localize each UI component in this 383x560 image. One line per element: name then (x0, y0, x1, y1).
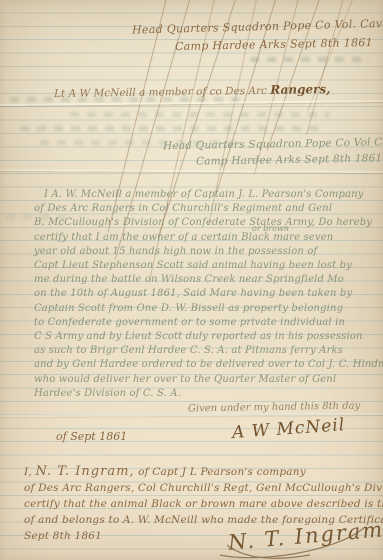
body-line: C S Army and by Lieut Scott duly reporte… (34, 330, 370, 344)
docket-line: Lt A W McNeill a member of co Des Arc Ra… (54, 82, 331, 100)
body-line: year old about 15 hands high now in the … (34, 245, 370, 259)
bleedthrough-smudge (250, 57, 370, 62)
paper-crease (0, 169, 383, 173)
heading-pen-line1: Head Quarters Squadron Pope Co Vol. Cava… (132, 16, 383, 36)
cert2-rest: of Capt J L Pearson's company (135, 466, 306, 478)
body-line: I A. W. McNeill a member of Captain J. L… (34, 188, 370, 202)
body-line: on the 10th of August 1861, Said Mare ha… (34, 287, 370, 301)
interlineation-note: or brown (252, 224, 289, 233)
paper-crease (0, 100, 383, 106)
docket-text: Lt A W McNeill a member of co Des Arc (54, 85, 270, 100)
body-line: Captain Scott from One D. W. Bissell as … (34, 302, 370, 316)
docket-emphasis: Rangers, (270, 82, 330, 97)
body-line: me during the battle on Wilsons Creek ne… (34, 273, 370, 287)
cert2-line1: I, N. T. Ingram, of Capt J L Pearson's c… (24, 464, 383, 480)
body-line: of Des Arc Rangers in Col Churchill's Re… (34, 202, 370, 216)
body-line: as such to Brigr Genl Hardee C. S. A. at… (34, 344, 370, 358)
certificate-body: I A. W. McNeill a member of Captain J. L… (34, 188, 370, 401)
cert2-line2: of Des Arc Rangers, Col Churchill's Regt… (24, 480, 383, 496)
body-line: certify that I am the owner of a certain… (34, 231, 370, 245)
body-line: Capt Lieut Stephenson Scott said animal … (34, 259, 370, 273)
heading-pencil-line2: Camp Hardee Arks Sept 8th 1861 (196, 152, 383, 167)
body-line: to Confederate government or to some pri… (34, 316, 370, 330)
date-of-sept: of Sept 1861 (56, 430, 127, 443)
document-scan: Head Quarters Squadron Pope Co Vol. Cava… (0, 0, 383, 560)
body-line: Hardee's Division of C. S. A. (34, 387, 370, 401)
body-line: B. McCullough's Division of Confederate … (34, 216, 370, 230)
body-line: who would deliver her over to the Quarte… (34, 373, 370, 387)
heading-pencil-line1: Head Quarters Squadron Pope Co Vol Caval… (163, 136, 383, 152)
body-line: and by Genl Hardee ordered to be deliver… (34, 358, 370, 372)
bleedthrough-smudge (70, 112, 330, 117)
given-under-hand-line: Given under my hand this 8th day (188, 400, 360, 414)
bleedthrough-smudge (20, 126, 320, 131)
signature-mcneil: A W McNeil (231, 415, 345, 443)
cert2-name: N. T. Ingram, (35, 464, 134, 479)
cert2-line3: certify that the animal Black or brown m… (24, 496, 383, 512)
heading-pen-line2: Camp Hardee Arks Sept 8th 1861 (175, 36, 373, 53)
cert2-intro: I, (24, 466, 35, 478)
